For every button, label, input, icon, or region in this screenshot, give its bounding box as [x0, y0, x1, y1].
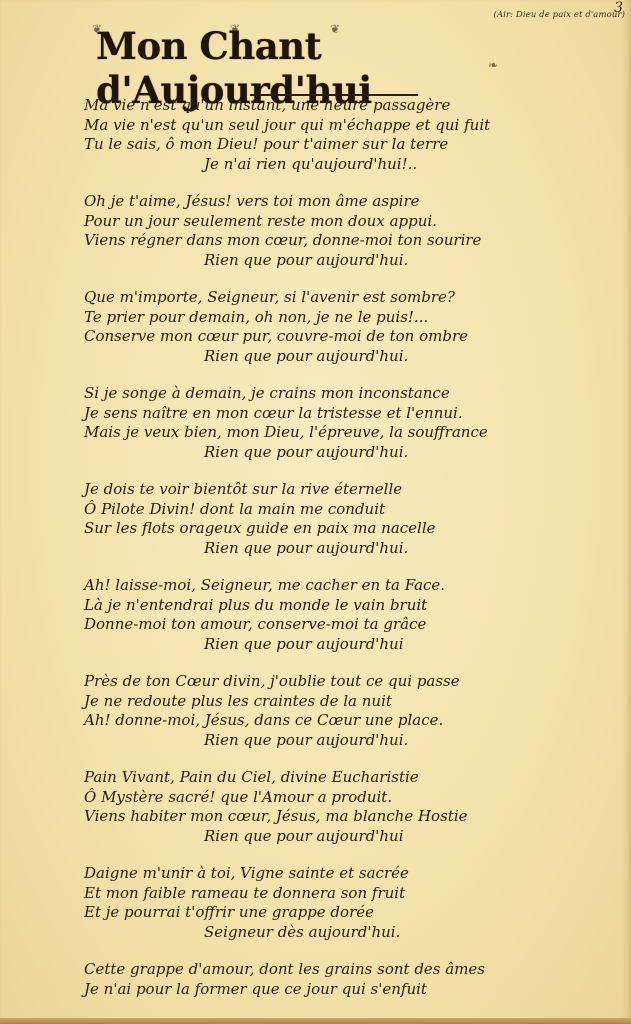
verse-line: Je sens naître en mon cœur la tristesse …: [84, 404, 604, 424]
verse-line: Et je pourrai t'offrir une grappe dorée: [84, 903, 604, 923]
verse-line: Ah! laisse-moi, Seigneur, me cacher en t…: [84, 576, 604, 596]
verse-line: Conserve mon cœur pur, couvre-moi de ton…: [84, 327, 604, 347]
verse-line: Ô Pilote Divin! dont la main me conduit: [84, 500, 604, 520]
refrain-line: Rien que pour aujourd'hui.: [84, 347, 604, 367]
verse-line: Oh je t'aime, Jésus! vers toi mon âme as…: [84, 192, 604, 212]
verse-line: Ah! donne-moi, Jésus, dans ce Cœur une p…: [84, 711, 604, 731]
stanza: Oh je t'aime, Jésus! vers toi mon âme as…: [84, 192, 604, 270]
verse-line: Cette grappe d'amour, dont les grains so…: [84, 960, 604, 980]
stanza: Pain Vivant, Pain du Ciel, divine Euchar…: [84, 768, 604, 846]
refrain-line: Seigneur dès aujourd'hui.: [84, 923, 604, 943]
refrain-line: Je n'ai rien qu'aujourd'hui!..: [84, 155, 604, 175]
refrain-line: Rien que pour aujourd'hui.: [84, 443, 604, 463]
stanza: Ah! laisse-moi, Seigneur, me cacher en t…: [84, 576, 604, 654]
verse-line: Ma vie n'est qu'un seul jour qui m'échap…: [84, 116, 604, 136]
manuscript-page: 3 (Air: Dieu de paix et d'amour) ❦ ❦ ❦ ❧…: [0, 0, 631, 1024]
verse-line: Te prier pour demain, oh non, je ne le p…: [84, 308, 604, 328]
verse-line: Ô Mystère sacré! que l'Amour a produit.: [84, 788, 604, 808]
verse-line: Je dois te voir bientôt sur la rive éter…: [84, 480, 604, 500]
verse-line: Pour un jour seulement reste mon doux ap…: [84, 212, 604, 232]
page-bottom-edge: [0, 1018, 631, 1024]
verse-line: Que m'importe, Seigneur, si l'avenir est…: [84, 288, 604, 308]
verse-line: Je ne redoute plus les craintes de la nu…: [84, 692, 604, 712]
stanza: Que m'importe, Seigneur, si l'avenir est…: [84, 288, 604, 366]
verse-line: Ma vie n'est qu'un instant, une heure pa…: [84, 96, 604, 116]
verse-line: Donne-moi ton amour, conserve-moi ta grâ…: [84, 615, 604, 635]
verse-line: Si je songe à demain, je crains mon inco…: [84, 384, 604, 404]
refrain-line: Rien que pour aujourd'hui.: [84, 731, 604, 751]
verse-line: Pain Vivant, Pain du Ciel, divine Euchar…: [84, 768, 604, 788]
stanza: Daigne m'unir à toi, Vigne sainte et sac…: [84, 864, 604, 942]
stanza: Si je songe à demain, je crains mon inco…: [84, 384, 604, 462]
refrain-line: Rien que pour aujourd'hui: [84, 827, 604, 847]
verse-line: Viens régner dans mon cœur, donne-moi to…: [84, 231, 604, 251]
verse-line: Daigne m'unir à toi, Vigne sainte et sac…: [84, 864, 604, 884]
poem-body: Ma vie n'est qu'un instant, une heure pa…: [84, 96, 604, 999]
verse-line: Et mon faible rameau te donnera son frui…: [84, 884, 604, 904]
stanza: Je dois te voir bientôt sur la rive éter…: [84, 480, 604, 558]
verse-line: Sur les flots orageux guide en paix ma n…: [84, 519, 604, 539]
verse-line: Je n'ai pour la former que ce jour qui s…: [84, 980, 604, 1000]
melody-annotation: (Air: Dieu de paix et d'amour): [494, 10, 625, 20]
refrain-line: Rien que pour aujourd'hui.: [84, 539, 604, 559]
stanza: Près de ton Cœur divin, j'oublie tout ce…: [84, 672, 604, 750]
verse-line: Mais je veux bien, mon Dieu, l'épreuve, …: [84, 423, 604, 443]
verse-line: Près de ton Cœur divin, j'oublie tout ce…: [84, 672, 604, 692]
verse-line: Tu le sais, ô mon Dieu! pour t'aimer sur…: [84, 135, 604, 155]
stanza: Cette grappe d'amour, dont les grains so…: [84, 960, 604, 999]
stanza: Ma vie n'est qu'un instant, une heure pa…: [84, 96, 604, 174]
refrain-line: Rien que pour aujourd'hui.: [84, 251, 604, 271]
verse-line: Viens habiter mon cœur, Jésus, ma blanch…: [84, 807, 604, 827]
refrain-line: Rien que pour aujourd'hui: [84, 635, 604, 655]
verse-line: Là je n'entendrai plus du monde le vain …: [84, 596, 604, 616]
